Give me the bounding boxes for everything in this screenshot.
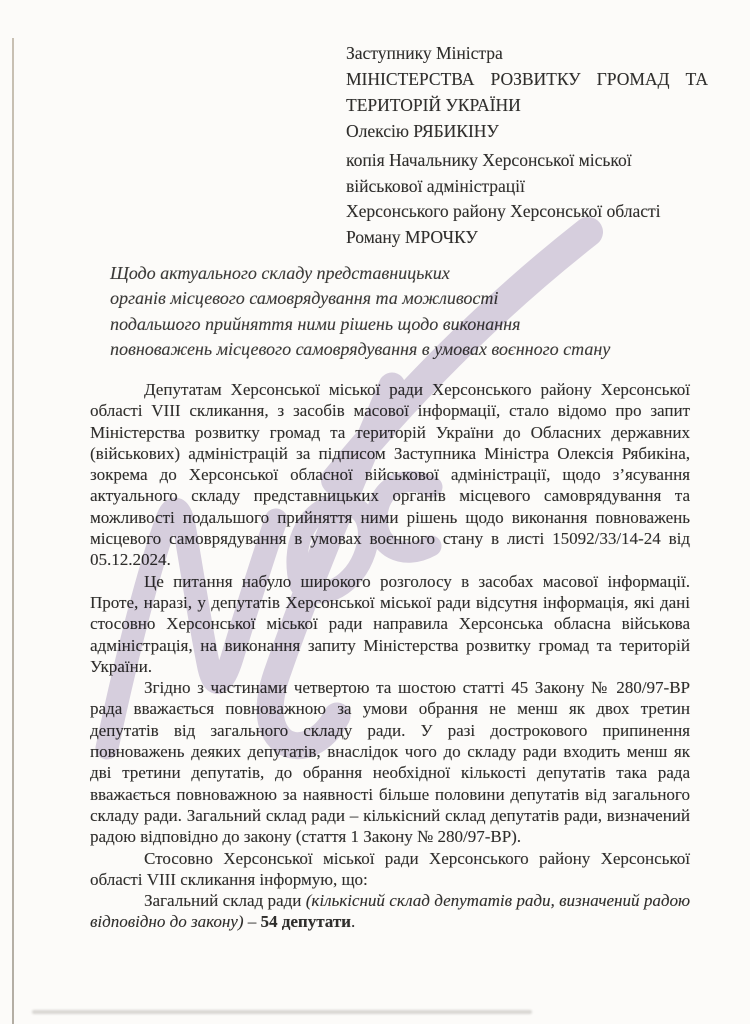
body-paragraph: Депутатам Херсонської міської ради Херсо… — [90, 379, 690, 571]
final-period-text: . — [351, 912, 355, 931]
recipient-block: Заступнику Міністра МІНІСТЕРСТВА РОЗВИТК… — [346, 40, 708, 144]
copy-line: військової адміністрації — [346, 174, 708, 200]
recipient-line: ТЕРИТОРІЙ УКРАЇНИ — [346, 92, 708, 118]
subject-line: подальшого прийняття ними рішень щодо ви… — [110, 312, 680, 337]
subject-line: повноважень місцевого самоврядування в у… — [110, 337, 680, 362]
subject-line: Щодо актуального складу представницьких — [110, 261, 680, 286]
final-separator-text: – — [244, 912, 261, 931]
scan-shadow-bottom — [32, 1010, 532, 1014]
body-paragraph: Це питання набуло широкого розголосу в з… — [90, 571, 690, 677]
final-lead-text: Загальний склад ради — [144, 891, 306, 910]
subject-block: Щодо актуального складу представницьких … — [110, 261, 680, 362]
scanned-letter-page: Заступнику Міністра МІНІСТЕРСТВА РОЗВИТК… — [0, 0, 750, 1024]
copy-line: копія Начальнику Херсонської міської — [346, 148, 708, 174]
recipient-line: Олексію РЯБИКІНУ — [346, 118, 708, 144]
body-paragraph-final: Загальний склад ради (кількісний склад д… — [90, 890, 690, 933]
scan-edge-left — [12, 38, 14, 1024]
final-deputies-count: 54 депутати — [261, 912, 351, 931]
subject-line: органів місцевого самоврядування та можл… — [110, 286, 680, 311]
copy-line: Роману МРОЧКУ — [346, 225, 708, 251]
recipient-line: МІНІСТЕРСТВА РОЗВИТКУ ГРОМАД ТА — [346, 66, 708, 92]
body-paragraph: Стосовно Херсонської міської ради Херсон… — [90, 848, 690, 891]
copy-recipient-block: копія Начальнику Херсонської міської вій… — [346, 148, 708, 250]
letter-body: Депутатам Херсонської міської ради Херсо… — [90, 379, 690, 933]
copy-line: Херсонського району Херсонської області — [346, 199, 708, 225]
recipient-line: Заступнику Міністра — [346, 40, 708, 66]
body-paragraph: Згідно з частинами четвертою та шостою с… — [90, 677, 690, 847]
